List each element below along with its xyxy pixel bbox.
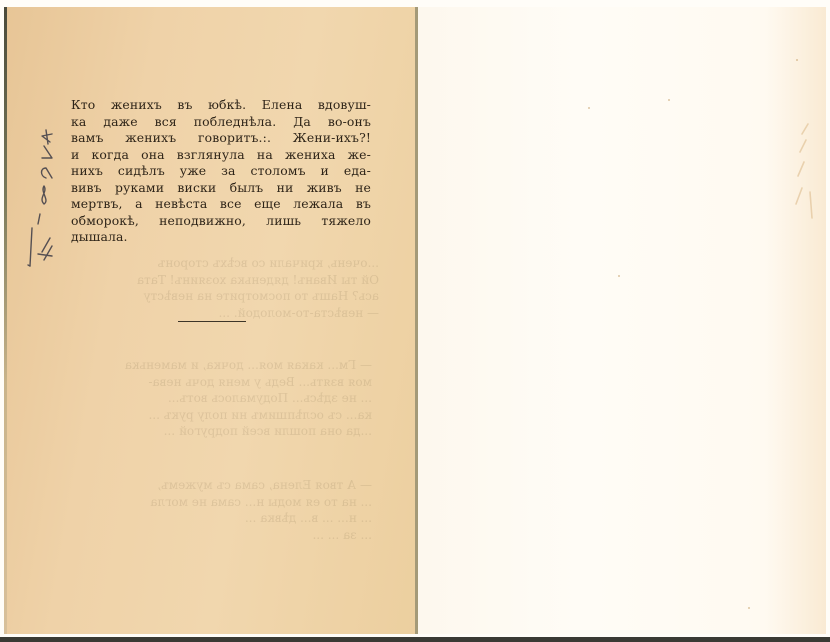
text-line: дышала.	[71, 229, 371, 246]
text-line: нихъ сидѣлъ уже за столомъ и еда-	[71, 163, 371, 180]
section-divider-rule	[178, 321, 246, 322]
text-line: и когда она взглянула на жениха же-	[71, 147, 371, 164]
paper-speck	[748, 607, 750, 609]
text-line: обморокѣ, неподвижно, лишь тяжело	[71, 213, 371, 230]
scanner-bottom-edge	[0, 637, 830, 642]
text-line: Кто женихъ въ юбкѣ. Елена вдовуш-	[71, 97, 371, 114]
text-line: мертвъ, а невѣста все еще лежала въ	[71, 196, 371, 213]
bleed-through-block-1: ...очень, кричали со всѣхъ сторонъ Ой ты…	[79, 255, 379, 321]
text-line: ка даже вся побледнѣла. Да во-онъ	[71, 114, 371, 131]
right-page-blank	[418, 7, 826, 634]
faint-pencil-mark	[790, 122, 820, 222]
text-line: вамъ женихъ говоритъ.:. Жени-ихъ?!	[71, 130, 371, 147]
left-page-edge	[4, 7, 7, 634]
book-spread-scan: ...очень, кричали со всѣхъ сторонъ Ой ты…	[0, 0, 830, 642]
bleed-through-block-2: — Гм... какая моя... дочка, и маменька м…	[72, 357, 372, 440]
handwritten-catalog-number	[22, 128, 62, 268]
paper-speck	[588, 107, 590, 109]
paper-speck	[618, 275, 620, 277]
paper-speck	[668, 99, 670, 101]
text-line: вивъ руками виски былъ ни живъ не	[71, 180, 371, 197]
page-body-text: Кто женихъ въ юбкѣ. Елена вдовуш- ка даж…	[71, 97, 371, 246]
bleed-through-block-3: — А твоя Елена, сама съ мужемъ, ... на т…	[72, 477, 372, 543]
paper-speck	[796, 59, 798, 61]
